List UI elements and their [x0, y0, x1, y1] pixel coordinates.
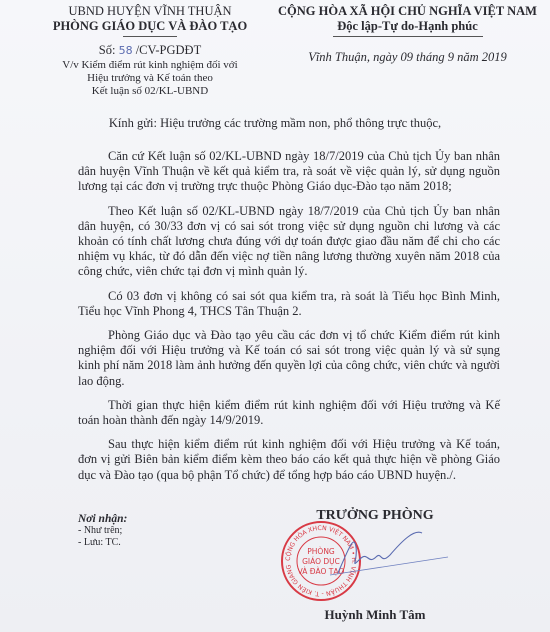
doc-number-suffix: /CV-PGDĐT — [136, 43, 202, 57]
place-and-date: Vĩnh Thuận, ngày 09 tháng 9 năm 2019 — [270, 50, 545, 65]
department-name: PHÒNG GIÁO DỤC VÀ ĐÀO TẠO — [40, 19, 260, 34]
signatory-name: Huỳnh Minh Tâm — [300, 607, 450, 623]
body-paragraph: Thời gian thực hiện kiểm điểm rút kinh n… — [78, 398, 500, 428]
body-paragraph: Phòng Giáo dục và Đào tạo yêu cầu các đơ… — [78, 328, 500, 389]
signatory-title: TRƯỞNG PHÒNG — [300, 508, 450, 524]
national-header: CỘNG HÒA XÃ HỘI CHỦ NGHĨA VIỆT NAM Độc l… — [270, 4, 545, 37]
document-page: UBND HUYỆN VĨNH THUẬN PHÒNG GIÁO DỤC VÀ … — [0, 0, 550, 632]
document-body: Căn cứ Kết luận số 02/KL-UBND ngày 18/7/… — [78, 149, 500, 492]
body-paragraph: Căn cứ Kết luận số 02/KL-UBND ngày 18/7/… — [78, 149, 500, 195]
authority-name: UBND HUYỆN VĨNH THUẬN — [40, 4, 260, 19]
motto-underline — [333, 36, 483, 37]
body-paragraph: Sau thực hiện kiểm điểm rút kinh nghiệm … — [78, 437, 500, 483]
document-subject: V/v Kiểm điểm rút kinh nghiệm đối với Hi… — [40, 59, 260, 98]
subject-line: Kết luận số 02/KL-UBND — [40, 85, 260, 98]
subject-line: V/v Kiểm điểm rút kinh nghiệm đối với — [40, 59, 260, 72]
doc-number-prefix: Số: — [99, 43, 116, 57]
recipient-item: - Như trên; — [78, 525, 127, 537]
body-paragraph: Theo Kết luận số 02/KL-UBND ngày 18/7/20… — [78, 204, 500, 280]
header-underline — [123, 36, 177, 37]
handwritten-signature-icon — [310, 525, 450, 585]
greeting-line: Kính gửi: Hiệu trưởng các trường mầm non… — [0, 116, 550, 131]
doc-number-value: 58 — [119, 44, 133, 57]
recipients-block: Nơi nhận: - Như trên; - Lưu: TC. — [78, 513, 127, 549]
recipient-item: - Lưu: TC. — [78, 537, 127, 549]
national-motto: Độc lập-Tự do-Hạnh phúc — [270, 19, 545, 34]
subject-line: Hiệu trưởng và Kế toán theo — [40, 72, 260, 85]
nation-name: CỘNG HÒA XÃ HỘI CHỦ NGHĨA VIỆT NAM — [270, 4, 545, 19]
document-number: Số: 58 /CV-PGDĐT — [40, 43, 260, 58]
issuing-authority-header: UBND HUYỆN VĨNH THUẬN PHÒNG GIÁO DỤC VÀ … — [40, 4, 260, 37]
recipients-title: Nơi nhận: — [78, 513, 127, 525]
body-paragraph: Có 03 đơn vị không có sai sót qua kiểm t… — [78, 289, 500, 319]
